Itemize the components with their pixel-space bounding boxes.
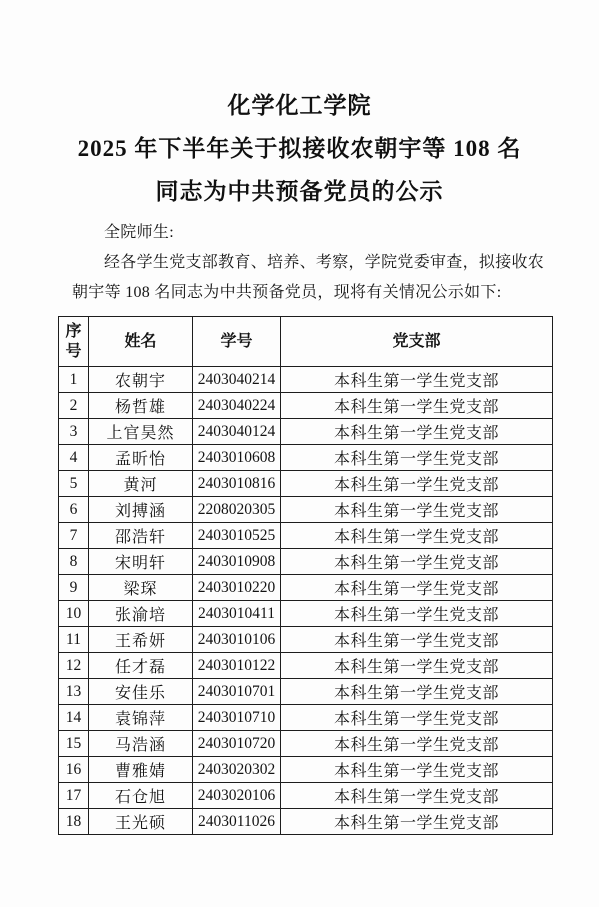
cell-student-id: 2403040224 (193, 393, 281, 419)
cell-student-id: 2403010525 (193, 523, 281, 549)
salutation: 全院师生: (72, 218, 599, 248)
table-row: 14袁锦萍2403010710本科生第一学生党支部 (59, 705, 553, 731)
cell-branch: 本科生第一学生党支部 (281, 367, 553, 393)
table-row: 8宋明轩2403010908本科生第一学生党支部 (59, 549, 553, 575)
cell-student-id: 2403010106 (193, 627, 281, 653)
cell-branch: 本科生第一学生党支部 (281, 497, 553, 523)
intro-line-2: 朝宇等 108 名同志为中共预备党员，现将有关情况公示如下: (72, 278, 599, 308)
cell-name: 王光硕 (89, 809, 193, 835)
cell-branch: 本科生第一学生党支部 (281, 523, 553, 549)
cell-student-id: 2403010816 (193, 471, 281, 497)
cell-student-id: 2403020106 (193, 783, 281, 809)
table-row: 11王希妍2403010106本科生第一学生党支部 (59, 627, 553, 653)
document-page: 化学化工学院 2025 年下半年关于拟接收农朝宇等 108 名 同志为中共预备党… (0, 0, 599, 907)
cell-index: 14 (59, 705, 89, 731)
cell-name: 刘搏涵 (89, 497, 193, 523)
cell-branch: 本科生第一学生党支部 (281, 393, 553, 419)
cell-name: 张渝培 (89, 601, 193, 627)
cell-branch: 本科生第一学生党支部 (281, 783, 553, 809)
table-row: 6刘搏涵2208020305本科生第一学生党支部 (59, 497, 553, 523)
cell-name: 梁琛 (89, 575, 193, 601)
cell-name: 孟昕怡 (89, 445, 193, 471)
cell-student-id: 2403040124 (193, 419, 281, 445)
cell-student-id: 2208020305 (193, 497, 281, 523)
cell-index: 15 (59, 731, 89, 757)
table-row: 2杨哲雄2403040224本科生第一学生党支部 (59, 393, 553, 419)
cell-index: 3 (59, 419, 89, 445)
table-row: 16曹雅婧2403020302本科生第一学生党支部 (59, 757, 553, 783)
cell-branch: 本科生第一学生党支部 (281, 471, 553, 497)
cell-index: 17 (59, 783, 89, 809)
cell-index: 13 (59, 679, 89, 705)
col-header-branch: 党支部 (281, 317, 553, 367)
cell-name: 石仓旭 (89, 783, 193, 809)
table-row: 13安佳乐2403010701本科生第一学生党支部 (59, 679, 553, 705)
cell-student-id: 2403010720 (193, 731, 281, 757)
cell-student-id: 2403010608 (193, 445, 281, 471)
cell-index: 8 (59, 549, 89, 575)
cell-index: 2 (59, 393, 89, 419)
cell-name: 宋明轩 (89, 549, 193, 575)
cell-branch: 本科生第一学生党支部 (281, 705, 553, 731)
table-row: 5黄河2403010816本科生第一学生党支部 (59, 471, 553, 497)
cell-branch: 本科生第一学生党支部 (281, 549, 553, 575)
document-title: 化学化工学院 2025 年下半年关于拟接收农朝宇等 108 名 同志为中共预备党… (0, 0, 599, 213)
intro-paragraph: 全院师生: 经各学生党支部教育、培养、考察，学院党委审查，拟接收农 朝宇等 10… (72, 218, 599, 308)
cell-branch: 本科生第一学生党支部 (281, 731, 553, 757)
table-row: 3上官昊然2403040124本科生第一学生党支部 (59, 419, 553, 445)
table-row: 7邵浩轩2403010525本科生第一学生党支部 (59, 523, 553, 549)
cell-index: 1 (59, 367, 89, 393)
cell-index: 16 (59, 757, 89, 783)
cell-index: 6 (59, 497, 89, 523)
col-header-name: 姓名 (89, 317, 193, 367)
cell-index: 18 (59, 809, 89, 835)
cell-branch: 本科生第一学生党支部 (281, 679, 553, 705)
cell-index: 4 (59, 445, 89, 471)
cell-student-id: 2403010220 (193, 575, 281, 601)
cell-student-id: 2403020302 (193, 757, 281, 783)
cell-student-id: 2403010122 (193, 653, 281, 679)
cell-branch: 本科生第一学生党支部 (281, 627, 553, 653)
cell-name: 袁锦萍 (89, 705, 193, 731)
table-row: 10张渝培2403010411本科生第一学生党支部 (59, 601, 553, 627)
cell-branch: 本科生第一学生党支部 (281, 601, 553, 627)
col-header-student-id: 学号 (193, 317, 281, 367)
col-header-index: 序号 (59, 317, 89, 367)
cell-student-id: 2403010710 (193, 705, 281, 731)
cell-student-id: 2403040214 (193, 367, 281, 393)
table-row: 9梁琛2403010220本科生第一学生党支部 (59, 575, 553, 601)
table-row: 4孟昕怡2403010608本科生第一学生党支部 (59, 445, 553, 471)
cell-branch: 本科生第一学生党支部 (281, 653, 553, 679)
cell-name: 邵浩轩 (89, 523, 193, 549)
title-line-subject-2: 同志为中共预备党员的公示 (0, 170, 599, 213)
header-row: 序号 姓名 学号 党支部 (59, 317, 553, 367)
cell-branch: 本科生第一学生党支部 (281, 419, 553, 445)
cell-index: 11 (59, 627, 89, 653)
title-line-college: 化学化工学院 (0, 84, 599, 127)
roster-header: 序号 姓名 学号 党支部 (59, 317, 553, 367)
cell-name: 安佳乐 (89, 679, 193, 705)
intro-line-1: 经各学生党支部教育、培养、考察，学院党委审查，拟接收农 (72, 248, 599, 278)
cell-index: 9 (59, 575, 89, 601)
cell-name: 杨哲雄 (89, 393, 193, 419)
roster-body: 1农朝宇2403040214本科生第一学生党支部2杨哲雄2403040224本科… (59, 367, 553, 835)
cell-student-id: 2403010411 (193, 601, 281, 627)
cell-name: 马浩涵 (89, 731, 193, 757)
cell-name: 曹雅婧 (89, 757, 193, 783)
cell-student-id: 2403010701 (193, 679, 281, 705)
cell-student-id: 2403011026 (193, 809, 281, 835)
table-row: 17石仓旭2403020106本科生第一学生党支部 (59, 783, 553, 809)
cell-branch: 本科生第一学生党支部 (281, 445, 553, 471)
title-line-subject: 2025 年下半年关于拟接收农朝宇等 108 名 (0, 127, 599, 170)
roster-table: 序号 姓名 学号 党支部 1农朝宇2403040214本科生第一学生党支部2杨哲… (58, 316, 553, 835)
cell-branch: 本科生第一学生党支部 (281, 575, 553, 601)
cell-branch: 本科生第一学生党支部 (281, 757, 553, 783)
table-row: 1农朝宇2403040214本科生第一学生党支部 (59, 367, 553, 393)
cell-name: 王希妍 (89, 627, 193, 653)
cell-name: 任才磊 (89, 653, 193, 679)
cell-index: 7 (59, 523, 89, 549)
cell-index: 12 (59, 653, 89, 679)
cell-index: 5 (59, 471, 89, 497)
table-row: 18王光硕2403011026本科生第一学生党支部 (59, 809, 553, 835)
cell-index: 10 (59, 601, 89, 627)
table-row: 15马浩涵2403010720本科生第一学生党支部 (59, 731, 553, 757)
cell-name: 上官昊然 (89, 419, 193, 445)
cell-branch: 本科生第一学生党支部 (281, 809, 553, 835)
cell-name: 农朝宇 (89, 367, 193, 393)
cell-name: 黄河 (89, 471, 193, 497)
table-row: 12任才磊2403010122本科生第一学生党支部 (59, 653, 553, 679)
cell-student-id: 2403010908 (193, 549, 281, 575)
